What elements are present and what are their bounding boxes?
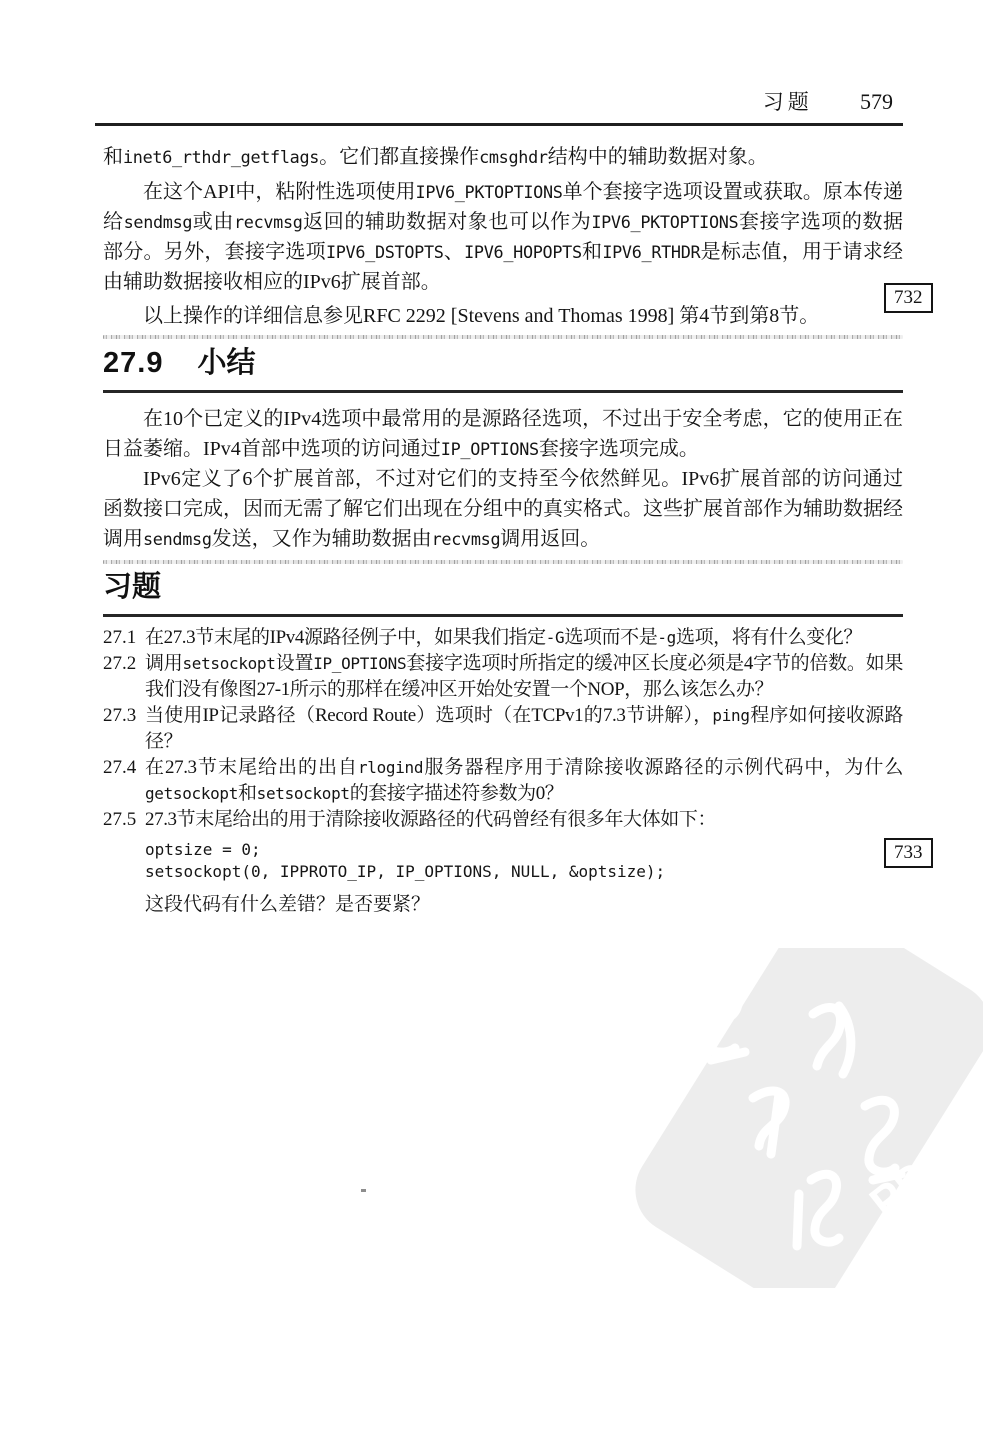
exercise-number: 27.2 xyxy=(103,651,145,677)
exercise-list: 27.1 在27.3节末尾的IPv4源路径例子中，如果我们指定-G选项而不是-g… xyxy=(103,625,903,918)
exercise-number: 27.4 xyxy=(103,755,145,781)
section-divider-band xyxy=(103,335,903,339)
exercise-item: 27.4 在27.3节末尾给出的出自rlogind服务器程序用于清除接收源路径的… xyxy=(103,755,903,807)
exercise-item: 27.2 调用setsockopt设置IP_OPTIONS套接字选项时所指定的缓… xyxy=(103,651,903,703)
exercise-number: 27.1 xyxy=(103,625,145,651)
paragraph-intro-2: 在这个API中，粘附性选项使用IPV6_PKTOPTIONS单个套接字选项设置或… xyxy=(103,177,903,297)
paragraph-intro-3: 以上操作的详细信息参见RFC 2292 [Stevens and Thomas … xyxy=(103,301,903,331)
book-page: PDG 习题 579 732 733 和inet6_rthdr_getflags… xyxy=(0,0,983,1447)
exercise-item: 27.1 在27.3节末尾的IPv4源路径例子中，如果我们指定-G选项而不是-g… xyxy=(103,625,903,651)
section-title: 小结 xyxy=(197,344,255,382)
code-line: setsockopt(0, IPPROTO_IP, IP_OPTIONS, NU… xyxy=(145,861,903,883)
exercise-text: 调用setsockopt设置IP_OPTIONS套接字选项时所指定的缓冲区长度必… xyxy=(145,651,903,703)
exercises-heading-label: 习题 xyxy=(103,568,161,606)
section-divider-band xyxy=(103,560,903,564)
exercise-followup-question: 这段代码有什么差错？是否要紧？ xyxy=(145,892,903,918)
watermark-graphic: PDG xyxy=(633,948,983,1288)
text-column: 和inet6_rthdr_getflags。它们都直接操作cmsghdr结构中的… xyxy=(103,0,903,918)
section-number: 27.9 xyxy=(103,344,163,382)
paragraph-intro-1: 和inet6_rthdr_getflags。它们都直接操作cmsghdr结构中的… xyxy=(103,142,903,172)
margin-page-marker-732: 732 xyxy=(884,283,933,313)
exercise-text: 当使用IP记录路径（Record Route）选项时（在TCPv1的7.3节讲解… xyxy=(145,703,903,755)
exercise-item: 27.5 27.3节末尾给出的用于清除接收源路径的代码曾经有很多年大体如下： xyxy=(103,807,903,833)
exercise-text: 在27.3节末尾给出的出自rlogind服务器程序用于清除接收源路径的示例代码中… xyxy=(145,755,903,807)
exercise-number: 27.3 xyxy=(103,703,145,729)
exercise-text: 在27.3节末尾的IPv4源路径例子中，如果我们指定-G选项而不是-g选项，将有… xyxy=(145,625,903,651)
paragraph-summary-1: 在10个已定义的IPv4选项中最常用的是源路径选项，不过出于安全考虑，它的使用正… xyxy=(103,404,903,464)
exercise-text: 27.3节末尾给出的用于清除接收源路径的代码曾经有很多年大体如下： xyxy=(145,807,903,833)
code-block: optsize = 0; setsockopt(0, IPPROTO_IP, I… xyxy=(145,839,903,883)
paragraph-summary-2: IPv6定义了6个扩展首部，不过对它们的支持至今依然鲜见。IPv6扩展首部的访问… xyxy=(103,464,903,554)
section-heading-27-9: 27.9 小结 xyxy=(103,343,903,393)
exercise-item: 27.3 当使用IP记录路径（Record Route）选项时（在TCPv1的7… xyxy=(103,703,903,755)
watermark: PDG xyxy=(633,948,983,1293)
exercise-number: 27.5 xyxy=(103,807,145,833)
exercises-heading: 习题 xyxy=(103,567,903,617)
margin-page-marker-733: 733 xyxy=(884,838,933,868)
scan-speck xyxy=(361,1189,366,1192)
code-line: optsize = 0; xyxy=(145,839,903,861)
